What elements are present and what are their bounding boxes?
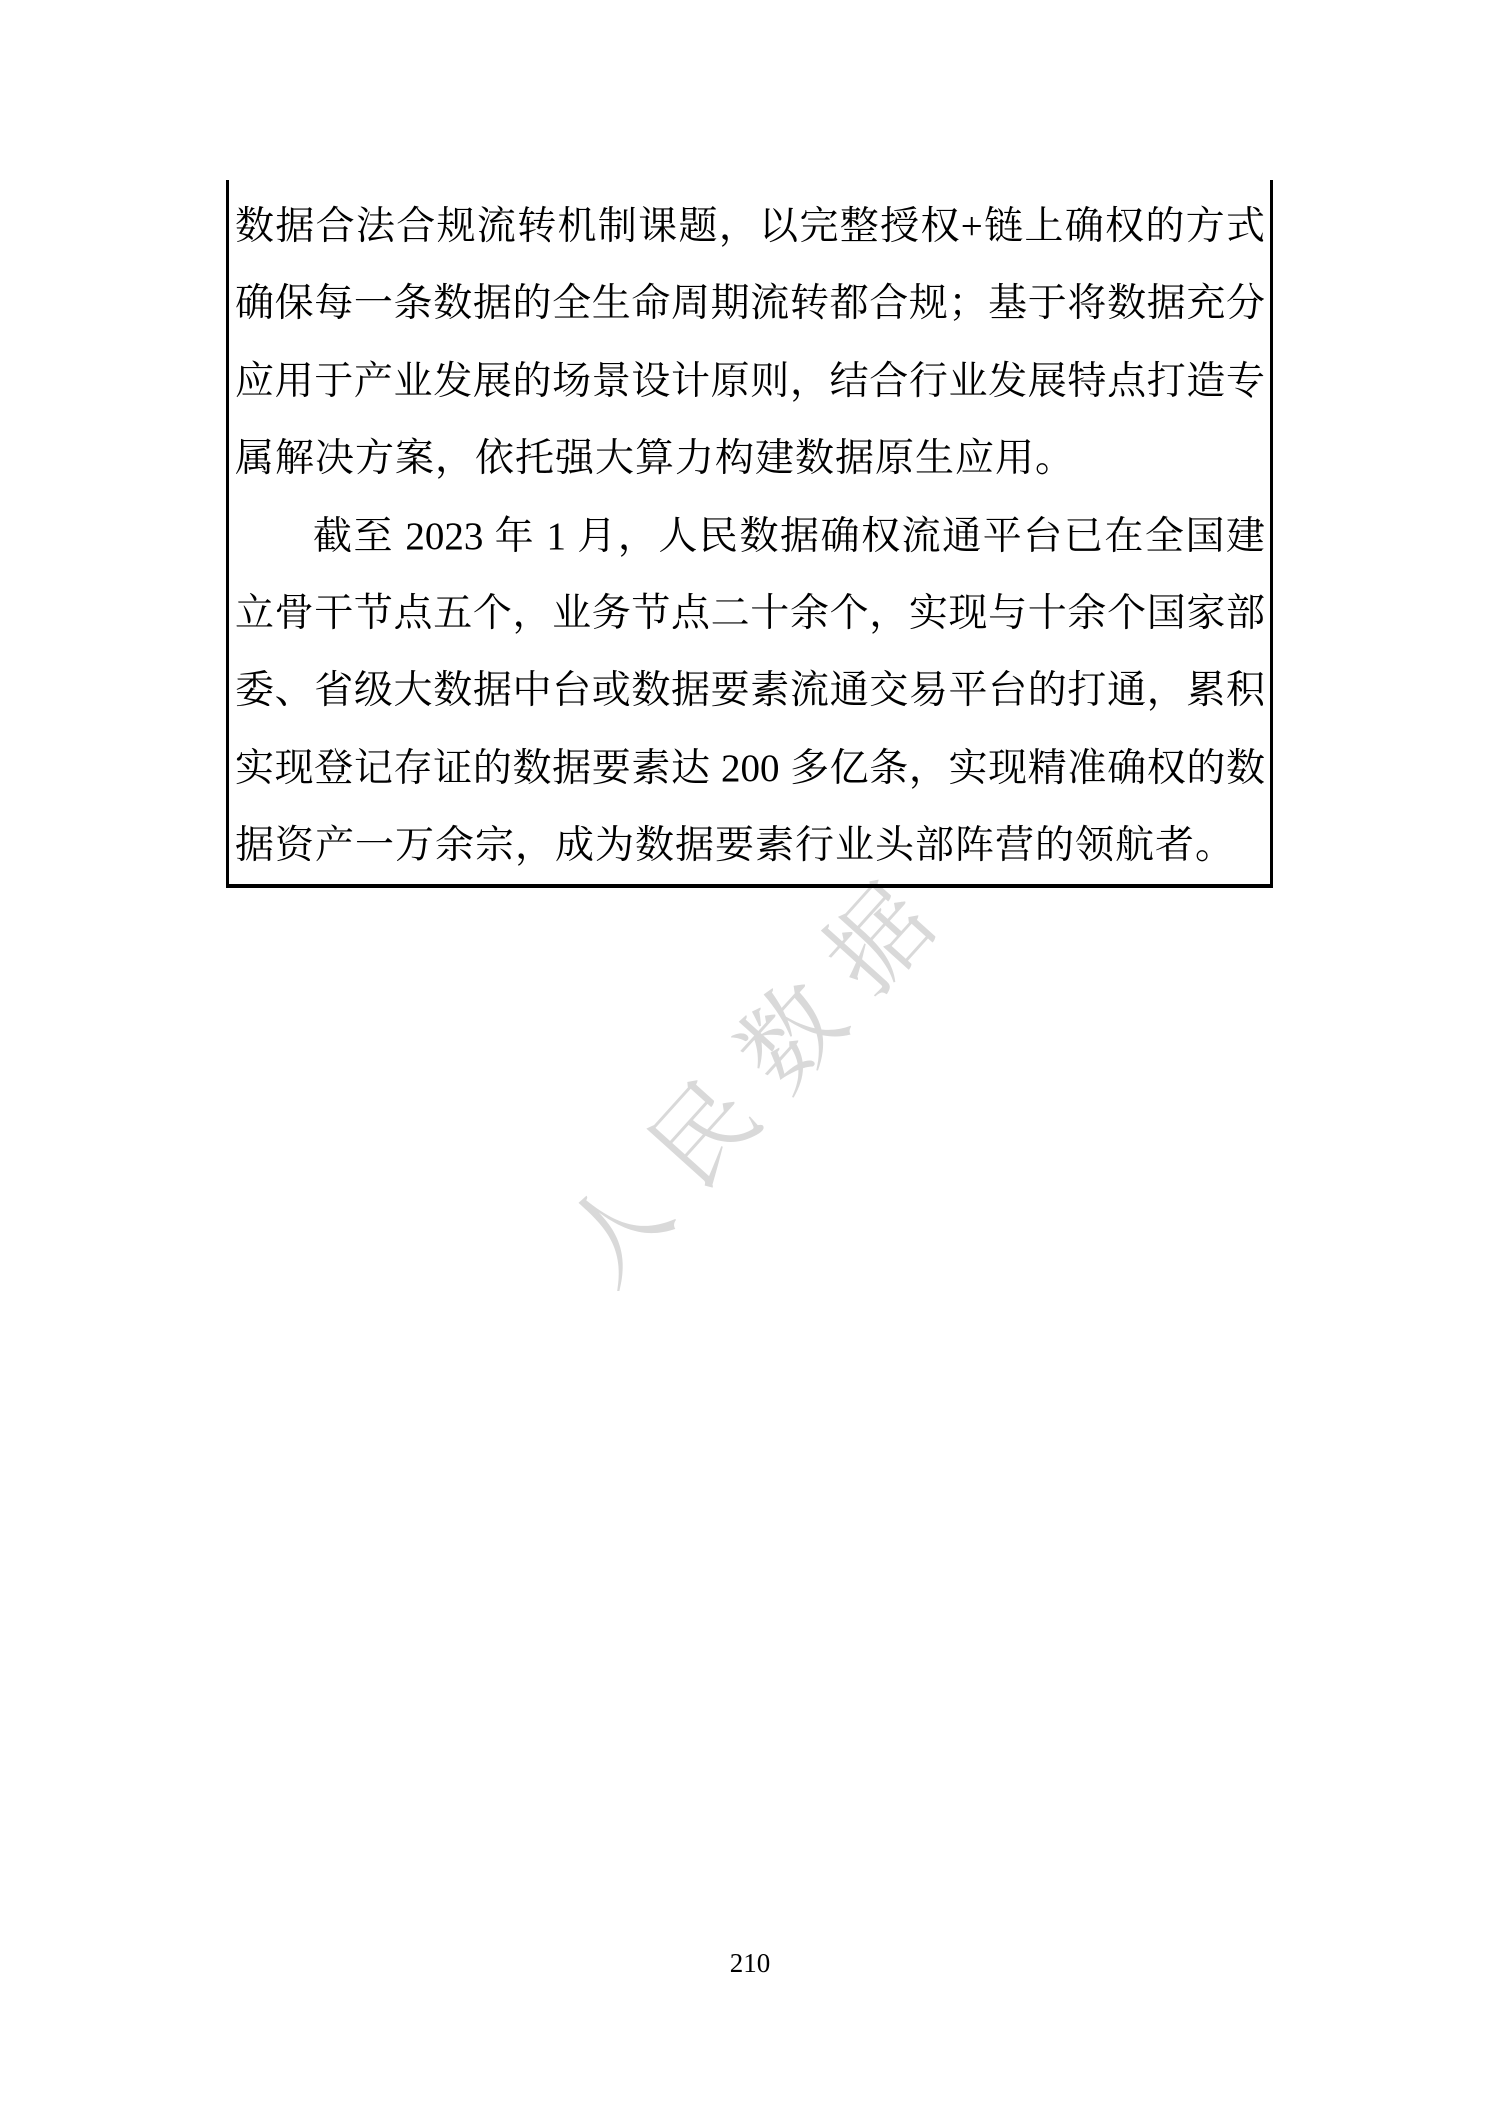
text-line: 数据合法合规流转机制课题，以完整授权+链上确权的方式 — [235, 188, 1265, 265]
text-line: 实现登记存证的数据要素达 200 多亿条，实现精准确权的数 — [235, 730, 1265, 807]
text-line: 据资产一万余宗，成为数据要素行业头部阵营的领航者。 — [235, 807, 1265, 884]
watermark-text: 人民数据 — [525, 827, 980, 1310]
text-line: 委、省级大数据中台或数据要素流通交易平台的打通，累积 — [235, 652, 1265, 729]
text-line: 立骨干节点五个，业务节点二十余个，实现与十余个国家部 — [235, 575, 1265, 652]
text-line: 属解决方案，依托强大算力构建数据原生应用。 — [235, 420, 1265, 497]
text-line: 确保每一条数据的全生命周期流转都合规；基于将数据充分 — [235, 265, 1265, 342]
page-number: 210 — [0, 1948, 1500, 1979]
text-line: 应用于产业发展的场景设计原则，结合行业发展特点打造专 — [235, 343, 1265, 420]
document-page: 人民数据 数据合法合规流转机制课题，以完整授权+链上确权的方式确保每一条数据的全… — [0, 0, 1500, 2121]
bordered-text-box: 数据合法合规流转机制课题，以完整授权+链上确权的方式确保每一条数据的全生命周期流… — [226, 180, 1273, 888]
text-line: 截至 2023 年 1 月，人民数据确权流通平台已在全国建 — [235, 498, 1265, 575]
